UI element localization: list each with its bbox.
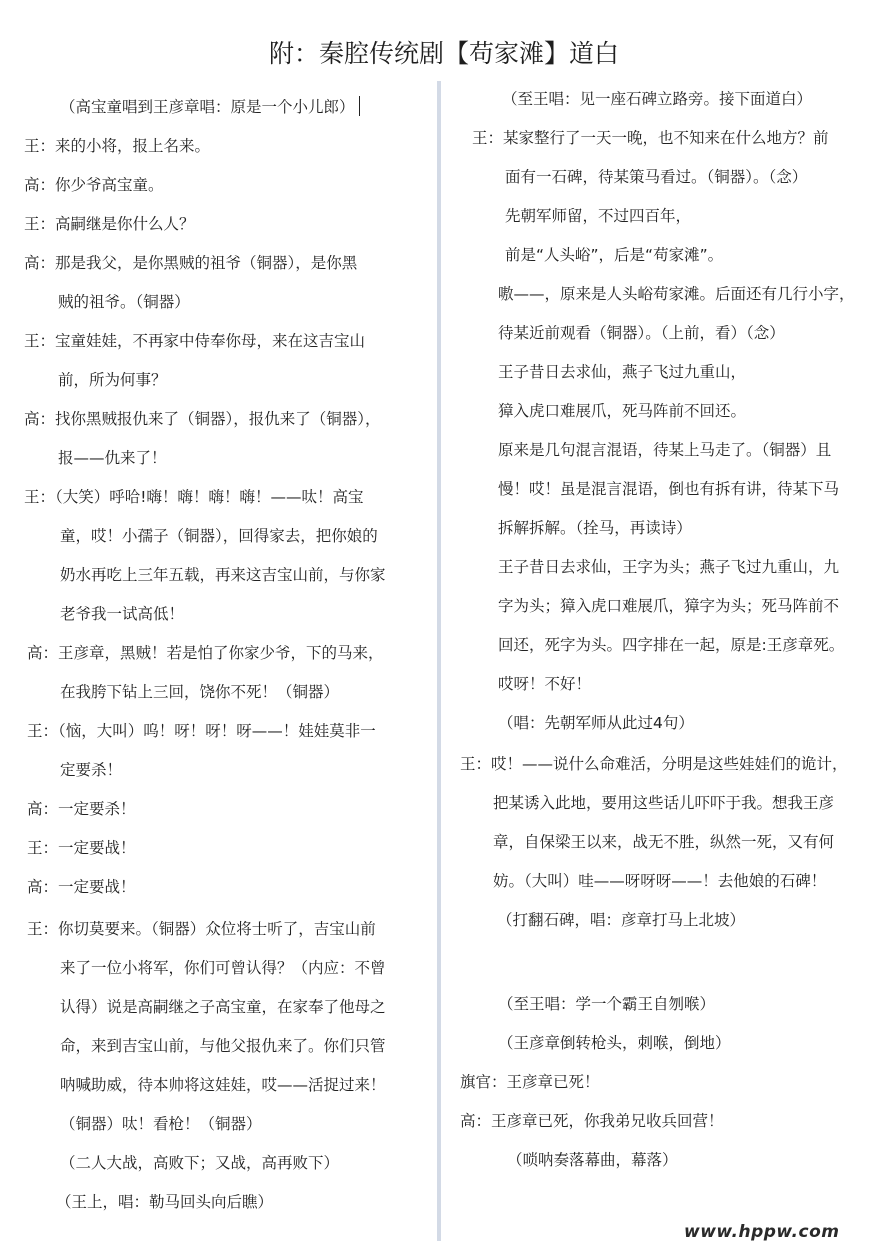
dialogue-line: 字为头；獐入虎口难展爪，獐字为头；死马阵前不 — [498, 587, 839, 626]
dialogue-line: （唱：先朝军师从此过4句） — [498, 704, 694, 743]
text-cursor — [359, 96, 360, 116]
dialogue-line: 呐喊助威，待本帅将这娃娃，哎——活捉过来！ — [60, 1066, 386, 1105]
dialogue-line: （打翻石碑，唱：彦章打马上北坡） — [497, 901, 745, 940]
dialogue-line: 童，哎！小孺子（铜器），回得家去，把你娘的 — [60, 517, 378, 556]
dialogue-line: 老爷我一试高低！ — [60, 595, 184, 634]
dialogue-line: 王：哎！——说什么命难活，分明是这些娃娃们的诡计， — [460, 745, 848, 784]
dialogue-line: 高：一定要战！ — [27, 868, 136, 907]
dialogue-line: 王：（大笑）呼哈!嗨！嗨！嗨！嗨！——呔！高宝 — [24, 478, 363, 517]
dialogue-line: （铜器）呔！看枪！（铜器） — [60, 1105, 262, 1144]
dialogue-line: 来了一位小将军，你们可曾认得？（内应：不曾 — [60, 949, 386, 988]
dialogue-line: 高：那是我父，是你黑贼的祖爷（铜器），是你黑 — [24, 244, 357, 283]
dialogue-line: 獐入虎口难展爪，死马阵前不回还。 — [498, 392, 746, 431]
dialogue-line: （唢呐奏落幕曲，幕落） — [507, 1141, 678, 1180]
dialogue-line: 定要杀！ — [60, 751, 122, 790]
dialogue-line: 报——仇来了！ — [58, 439, 167, 478]
dialogue-line: 慢！哎！虽是混言混语，倒也有拆有讲，待某下马 — [498, 470, 839, 509]
dialogue-line: （王上，唱：勒马回头向后瞧） — [56, 1183, 273, 1222]
dialogue-line: 前，所为何事？ — [58, 361, 167, 400]
dialogue-line: 高：王彦章已死，你我弟兄收兵回营！ — [460, 1102, 724, 1141]
dialogue-line: 认得）说是高嗣继之子高宝童，在家奉了他母之 — [60, 988, 386, 1027]
dialogue-line: 高：你少爷高宝童。 — [24, 166, 164, 205]
dialogue-line: 王：高嗣继是你什么人？ — [24, 205, 195, 244]
dialogue-line: 贼的祖爷。（铜器） — [58, 283, 190, 322]
dialogue-line: 命，来到吉宝山前，与他父报仇来了。你们只管 — [60, 1027, 386, 1066]
dialogue-line: 王：某家整行了一天一晚，也不知来在什么地方？前 — [472, 119, 829, 158]
page-title: 附：秦腔传统剧【苟家滩】道白 — [0, 34, 888, 70]
dialogue-line: 哎呀！不好！ — [498, 665, 591, 704]
dialogue-line: （高宝童唱到王彦章唱：原是一个小儿郎） — [60, 88, 360, 127]
dialogue-line: 奶水再吃上三年五载，再来这吉宝山前，与你家 — [60, 556, 386, 595]
dialogue-line: 王子昔日去求仙，王字为头；燕子飞过九重山，九 — [498, 548, 839, 587]
dialogue-line: （至王唱：见一座石碑立路旁。接下面道白） — [502, 80, 812, 119]
dialogue-line: 王：来的小将，报上名来。 — [24, 127, 210, 166]
dialogue-line: （至王唱：学一个霸王自刎喉） — [498, 985, 715, 1024]
dialogue-line: 在我胯下钻上三回，饶你不死！（铜器） — [60, 673, 339, 712]
dialogue-line: 面有一石碑，待某策马看过。（铜器）。（念） — [505, 158, 807, 197]
dialogue-line: 王子昔日去求仙，燕子飞过九重山， — [498, 353, 746, 392]
dialogue-line: 高：找你黑贼报仇来了（铜器），报仇来了（铜器）， — [24, 400, 381, 439]
column-divider — [437, 81, 441, 1241]
dialogue-line: 回还，死字为头。四字排在一起，原是:王彦章死。 — [498, 626, 844, 665]
dialogue-line: 高：一定要杀！ — [27, 790, 136, 829]
dialogue-line: 待某近前观看（铜器）。（上前，看）（念） — [498, 314, 785, 353]
dialogue-line: 王：（恼，大叫）呜！呀！呀！呀——！娃娃莫非一 — [27, 712, 376, 751]
dialogue-line: 先朝军师留，不过四百年， — [505, 197, 691, 236]
dialogue-line: 妨。（大叫）哇——呀呀呀——！去他娘的石碑！ — [493, 862, 826, 901]
dialogue-line: 嗷——，原来是人头峪苟家滩。后面还有几行小字， — [498, 275, 855, 314]
dialogue-line: 把某诱入此地，要用这些话儿吓吓于我。想我王彦 — [493, 784, 834, 823]
dialogue-line: 原来是几句混言混语，待某上马走了。（铜器）且 — [498, 431, 831, 470]
dialogue-line: （二人大战，高败下；又战，高再败下） — [60, 1144, 339, 1183]
dialogue-line: 章，自保梁王以来，战无不胜，纵然一死，又有何 — [493, 823, 834, 862]
watermark: www.hppw.com — [684, 1222, 839, 1242]
dialogue-line: 王：你切莫要来。（铜器）众位将士听了，吉宝山前 — [27, 910, 376, 949]
dialogue-line: 旗官：王彦章已死！ — [460, 1063, 600, 1102]
dialogue-line: 王：宝童娃娃，不再家中侍奉你母，来在这吉宝山 — [24, 322, 365, 361]
dialogue-line: 前是“人头峪”，后是“苟家滩”。 — [505, 236, 723, 275]
dialogue-line: 拆解拆解。（拴马，再读诗） — [498, 509, 692, 548]
dialogue-line: （王彦章倒转枪头，刺喉，倒地） — [498, 1024, 731, 1063]
dialogue-line: 王：一定要战！ — [27, 829, 136, 868]
dialogue-line: 高：王彦章，黑贼！若是怕了你家少爷，下的马来， — [27, 634, 384, 673]
